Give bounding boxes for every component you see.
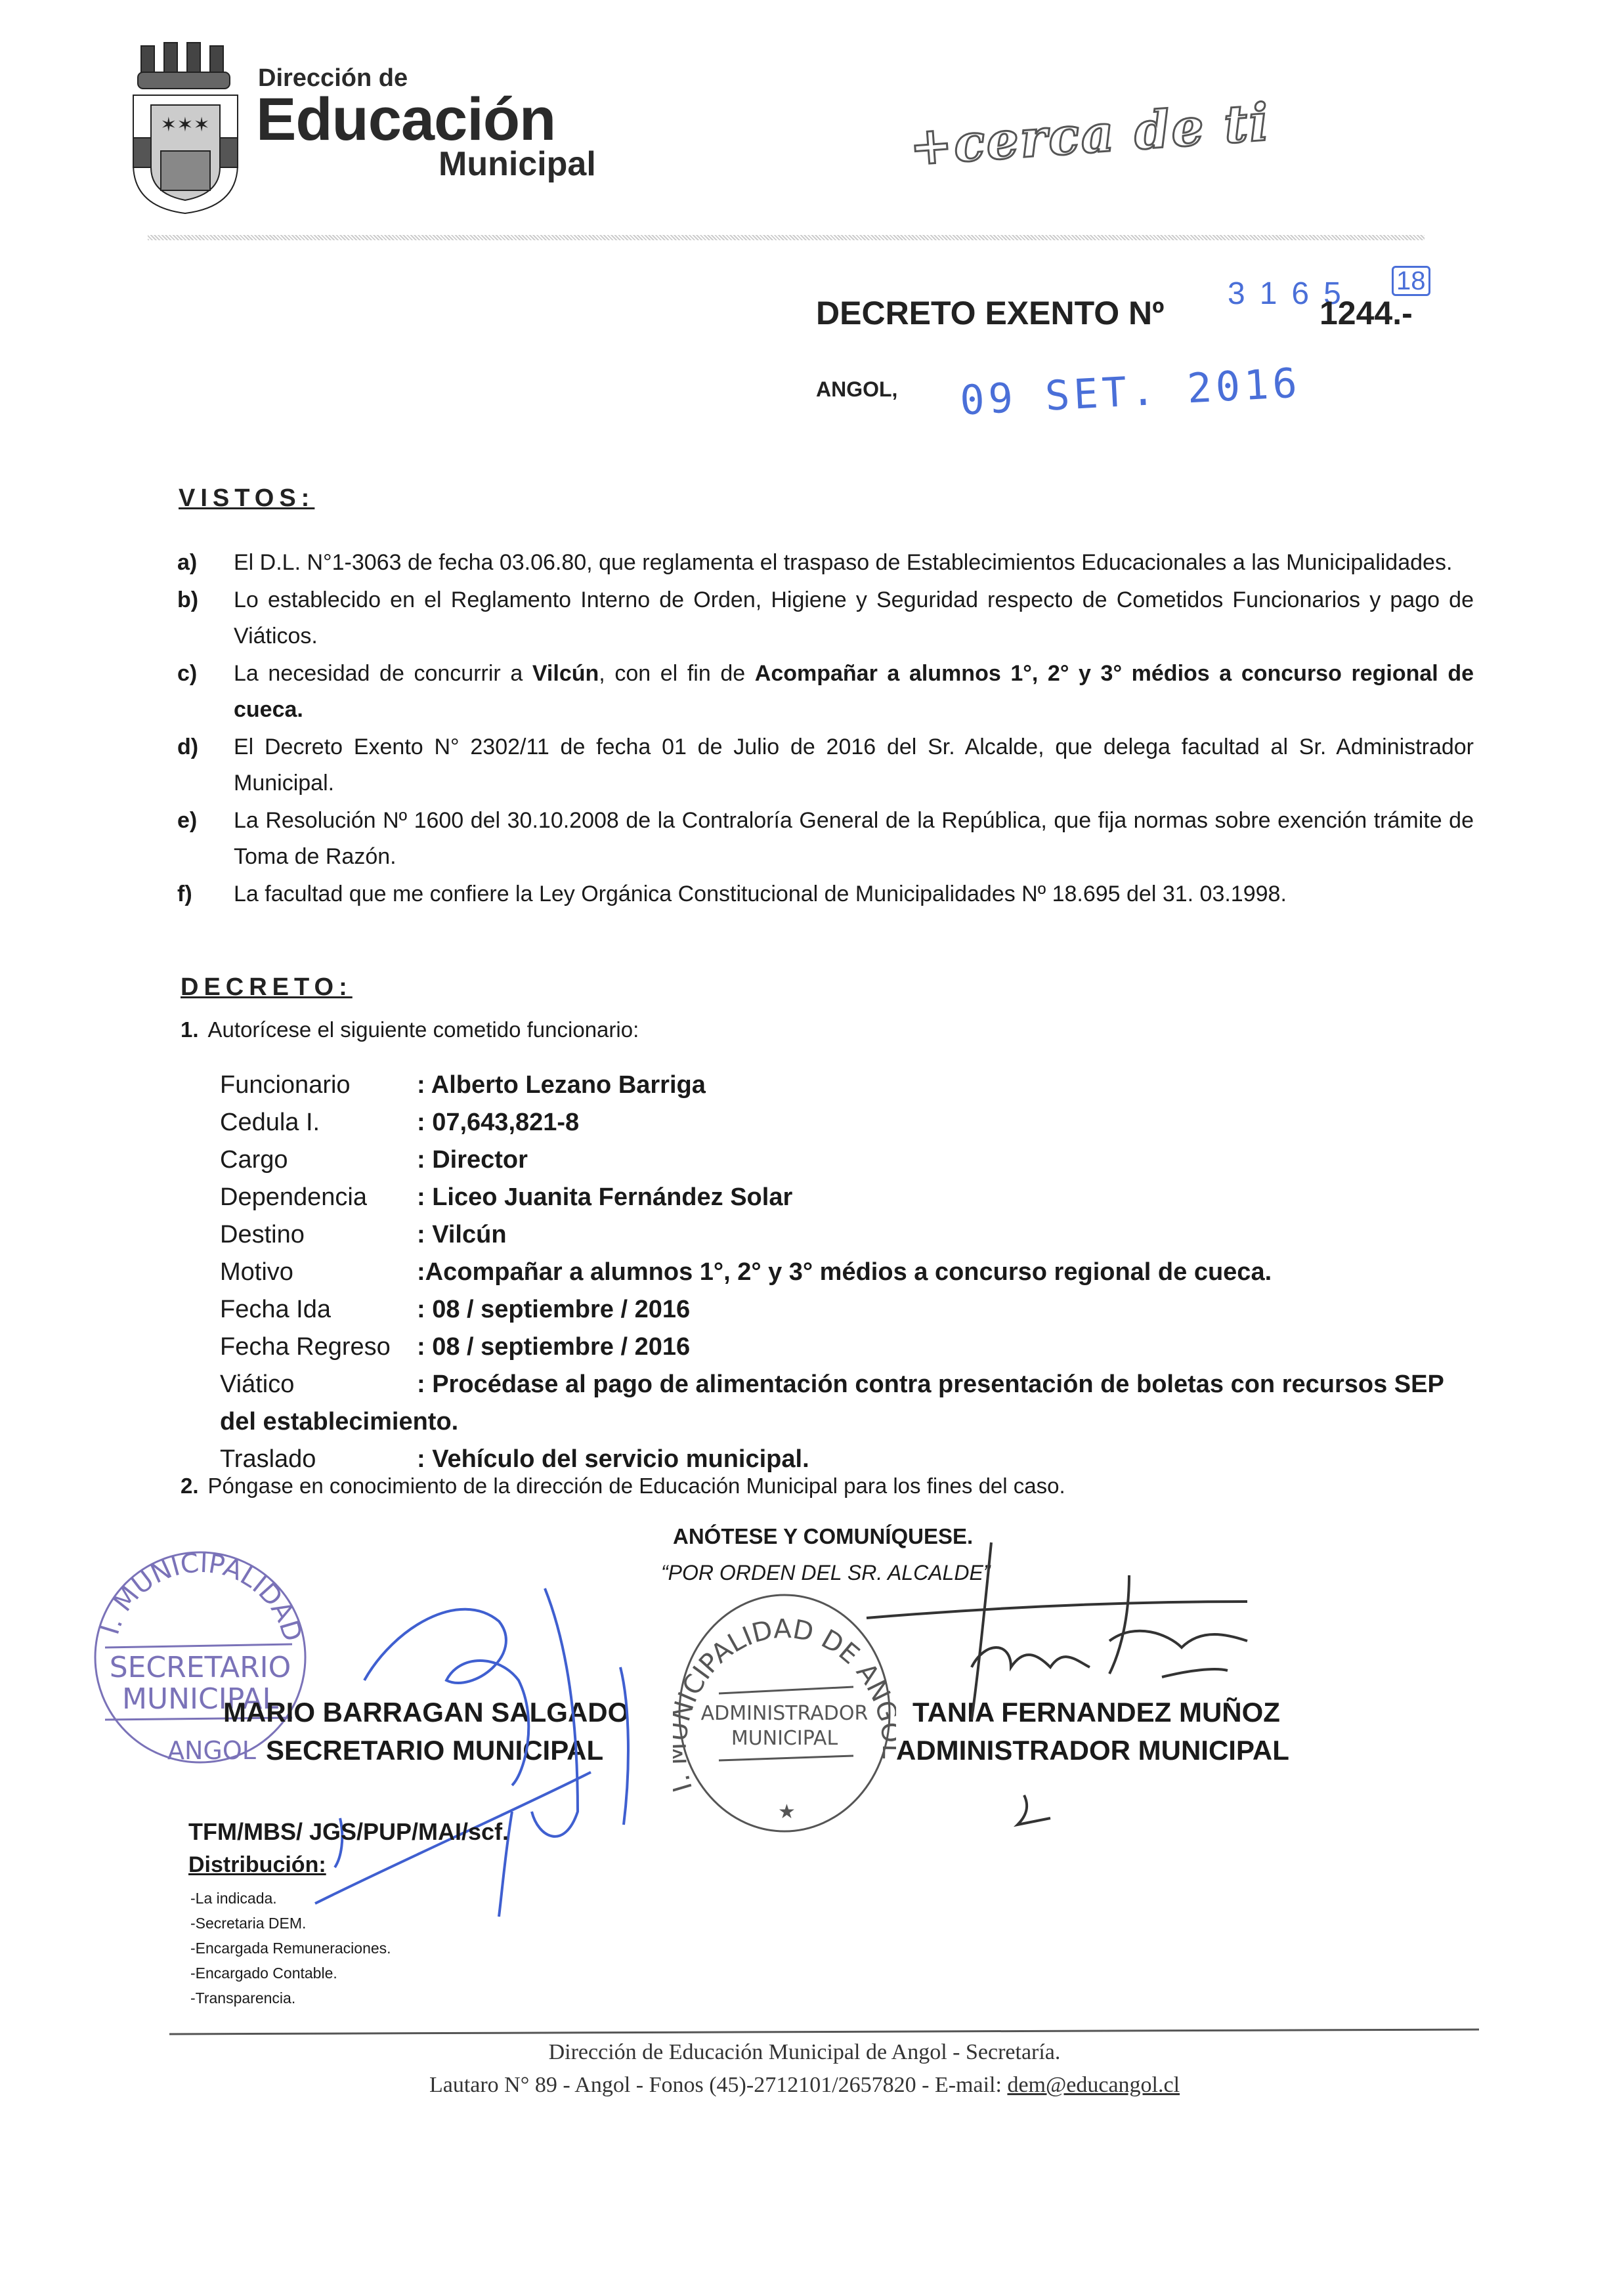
- field-label: Motivo: [220, 1254, 417, 1291]
- field-label: Viático: [220, 1366, 417, 1403]
- footer-contact: Lautaro N° 89 - Angol - Fonos (45)-27121…: [0, 2073, 1609, 2098]
- signatory-right-name: TANIA FERNANDEZ MUÑOZ: [912, 1697, 1280, 1728]
- svg-text:SECRETARIO: SECRETARIO: [110, 1651, 291, 1684]
- field-label: Funcionario: [220, 1067, 417, 1104]
- vistos-text: El D.L. N°1-3063 de fecha 03.06.80, que …: [234, 545, 1474, 581]
- item-text: Póngase en conocimiento de la dirección …: [208, 1474, 1065, 1498]
- svg-text:ADMINISTRADOR: ADMINISTRADOR: [701, 1702, 869, 1725]
- commission-fields: Funcionario: Alberto Lezano Barriga Cedu…: [220, 1067, 1480, 1478]
- vistos-list: a) El D.L. N°1-3063 de fecha 03.06.80, q…: [177, 545, 1474, 914]
- field-row: Fecha Ida: 08 / septiembre / 2016: [220, 1291, 1480, 1329]
- footer-email-link[interactable]: dem@educangol.cl: [1007, 2073, 1180, 2097]
- vistos-item: a) El D.L. N°1-3063 de fecha 03.06.80, q…: [177, 545, 1474, 581]
- field-value: : Vilcún: [417, 1216, 507, 1254]
- item-number: 2.: [181, 1474, 199, 1498]
- destination-bold: Vilcún: [532, 661, 599, 686]
- field-row: Destino: Vilcún: [220, 1216, 1480, 1254]
- reference-initials: TFM/MBS/ JGS/PUP/MAI/scf.: [188, 1818, 509, 1846]
- slogan: +cerca de ti: [907, 93, 1272, 177]
- decree-stamp-superscript: 18: [1392, 266, 1430, 296]
- distribution-item: -Encargado Contable.: [190, 1961, 391, 1986]
- distribution-item: -Transparencia.: [190, 1986, 391, 2010]
- field-label: Cedula I.: [220, 1104, 417, 1141]
- vistos-item: b) Lo establecido en el Reglamento Inter…: [177, 582, 1474, 654]
- vistos-heading: VISTOS:: [179, 484, 314, 513]
- svg-text:MUNICIPAL: MUNICIPAL: [731, 1727, 838, 1750]
- text-fragment: , con el fin de: [599, 661, 755, 686]
- item-number: 1.: [181, 1017, 199, 1042]
- signatory-right-title: ADMINISTRADOR MUNICIPAL: [896, 1735, 1289, 1766]
- field-row: Cargo: Director: [220, 1141, 1480, 1179]
- viatico-continuation: del establecimiento.: [220, 1403, 1480, 1441]
- field-row: Cedula I.: 07,643,821-8: [220, 1104, 1480, 1141]
- administrador-seal-stamp: I. MUNICIPALIDAD DE ANGOL ADMINISTRADOR …: [673, 1588, 896, 1838]
- vistos-item: f) La facultad que me confiere la Ley Or…: [177, 876, 1474, 912]
- field-value: : Alberto Lezano Barriga: [417, 1067, 706, 1104]
- distribution-item: -La indicada.: [190, 1886, 391, 1911]
- field-label: Cargo: [220, 1141, 417, 1179]
- footer-address: Lautaro N° 89 - Angol - Fonos (45)-27121…: [429, 2073, 1007, 2097]
- decreto-heading: DECRETO:: [181, 973, 353, 1002]
- distribution-heading: Distribución:: [188, 1852, 326, 1878]
- signatory-left-name: MARIO BARRAGAN SALGADO: [223, 1697, 629, 1728]
- text-fragment: La necesidad de concurrir a: [234, 661, 532, 686]
- field-value: : 08 / septiembre / 2016: [417, 1329, 690, 1366]
- decree-number: 1244.-: [1319, 294, 1413, 332]
- brand-municipal: Municipal: [439, 144, 596, 184]
- por-orden-text: “POR ORDEN DEL SR. ALCALDE”: [661, 1561, 990, 1585]
- field-label: Fecha Regreso: [220, 1329, 417, 1366]
- vistos-letter: c): [177, 656, 234, 728]
- vistos-letter: b): [177, 582, 234, 654]
- item-text: Autorícese el siguiente cometido funcion…: [208, 1017, 639, 1042]
- vistos-letter: d): [177, 729, 234, 801]
- field-value: : Liceo Juanita Fernández Solar: [417, 1179, 792, 1216]
- vistos-text: La necesidad de concurrir a Vilcún, con …: [234, 656, 1474, 728]
- field-value: :Acompañar a alumnos 1°, 2° y 3° médios …: [417, 1254, 1272, 1291]
- field-value: : Procédase al pago de alimentación cont…: [417, 1366, 1444, 1403]
- svg-text:I. MUNICIPALIDAD: I. MUNICIPALIDAD: [95, 1548, 308, 1644]
- field-row: Motivo:Acompañar a alumnos 1°, 2° y 3° m…: [220, 1254, 1480, 1291]
- svg-text:✶✶✶: ✶✶✶: [160, 114, 209, 136]
- anotese-heading: ANÓTESE Y COMUNÍQUESE.: [673, 1524, 973, 1549]
- municipal-crest-logo: ✶✶✶: [128, 39, 243, 217]
- field-label: Fecha Ida: [220, 1291, 417, 1329]
- vistos-item: d) El Decreto Exento N° 2302/11 de fecha…: [177, 729, 1474, 801]
- distribution-item: -Encargada Remuneraciones.: [190, 1936, 391, 1961]
- decreto-item-1: 1.Autorícese el siguiente cometido funci…: [181, 1017, 639, 1042]
- field-row: Viático: Procédase al pago de alimentaci…: [220, 1366, 1480, 1403]
- vistos-item: c) La necesidad de concurrir a Vilcún, c…: [177, 656, 1474, 728]
- signatory-left-title: SECRETARIO MUNICIPAL: [266, 1735, 603, 1766]
- vistos-letter: e): [177, 803, 234, 875]
- field-value: : Director: [417, 1141, 528, 1179]
- field-label: Traslado: [220, 1441, 417, 1478]
- vistos-letter: a): [177, 545, 234, 581]
- vistos-item: e) La Resolución Nº 1600 del 30.10.2008 …: [177, 803, 1474, 875]
- footer-divider: [169, 2029, 1479, 2035]
- footer-office: Dirección de Educación Municipal de Ango…: [0, 2040, 1609, 2065]
- field-row: Dependencia: Liceo Juanita Fernández Sol…: [220, 1179, 1480, 1216]
- field-row: Fecha Regreso: 08 / septiembre / 2016: [220, 1329, 1480, 1366]
- field-value: : 07,643,821-8: [417, 1104, 579, 1141]
- field-label: Destino: [220, 1216, 417, 1254]
- header-divider: [148, 235, 1425, 240]
- vistos-text: El Decreto Exento N° 2302/11 de fecha 01…: [234, 729, 1474, 801]
- vistos-text: La Resolución Nº 1600 del 30.10.2008 de …: [234, 803, 1474, 875]
- svg-text:★: ★: [778, 1801, 796, 1823]
- distribution-list: -La indicada. -Secretaria DEM. -Encargad…: [190, 1886, 391, 2010]
- decreto-item-2: 2.Póngase en conocimiento de la direcció…: [181, 1474, 1065, 1499]
- field-row: Traslado: Vehículo del servicio municipa…: [220, 1441, 1480, 1478]
- field-value: : Vehículo del servicio municipal.: [417, 1441, 809, 1478]
- vistos-text: La facultad que me confiere la Ley Orgán…: [234, 876, 1474, 912]
- vistos-letter: f): [177, 876, 234, 912]
- field-label: Dependencia: [220, 1179, 417, 1216]
- svg-text:ANGOL: ANGOL: [167, 1736, 256, 1765]
- decree-title: DECRETO EXENTO Nº: [816, 294, 1164, 332]
- vistos-text: Lo establecido en el Reglamento Interno …: [234, 582, 1474, 654]
- decree-place: ANGOL,: [816, 377, 897, 402]
- field-row: Funcionario: Alberto Lezano Barriga: [220, 1067, 1480, 1104]
- field-value: : 08 / septiembre / 2016: [417, 1291, 690, 1329]
- distribution-item: -Secretaria DEM.: [190, 1911, 391, 1936]
- date-stamp: 09 SET. 2016: [958, 358, 1302, 424]
